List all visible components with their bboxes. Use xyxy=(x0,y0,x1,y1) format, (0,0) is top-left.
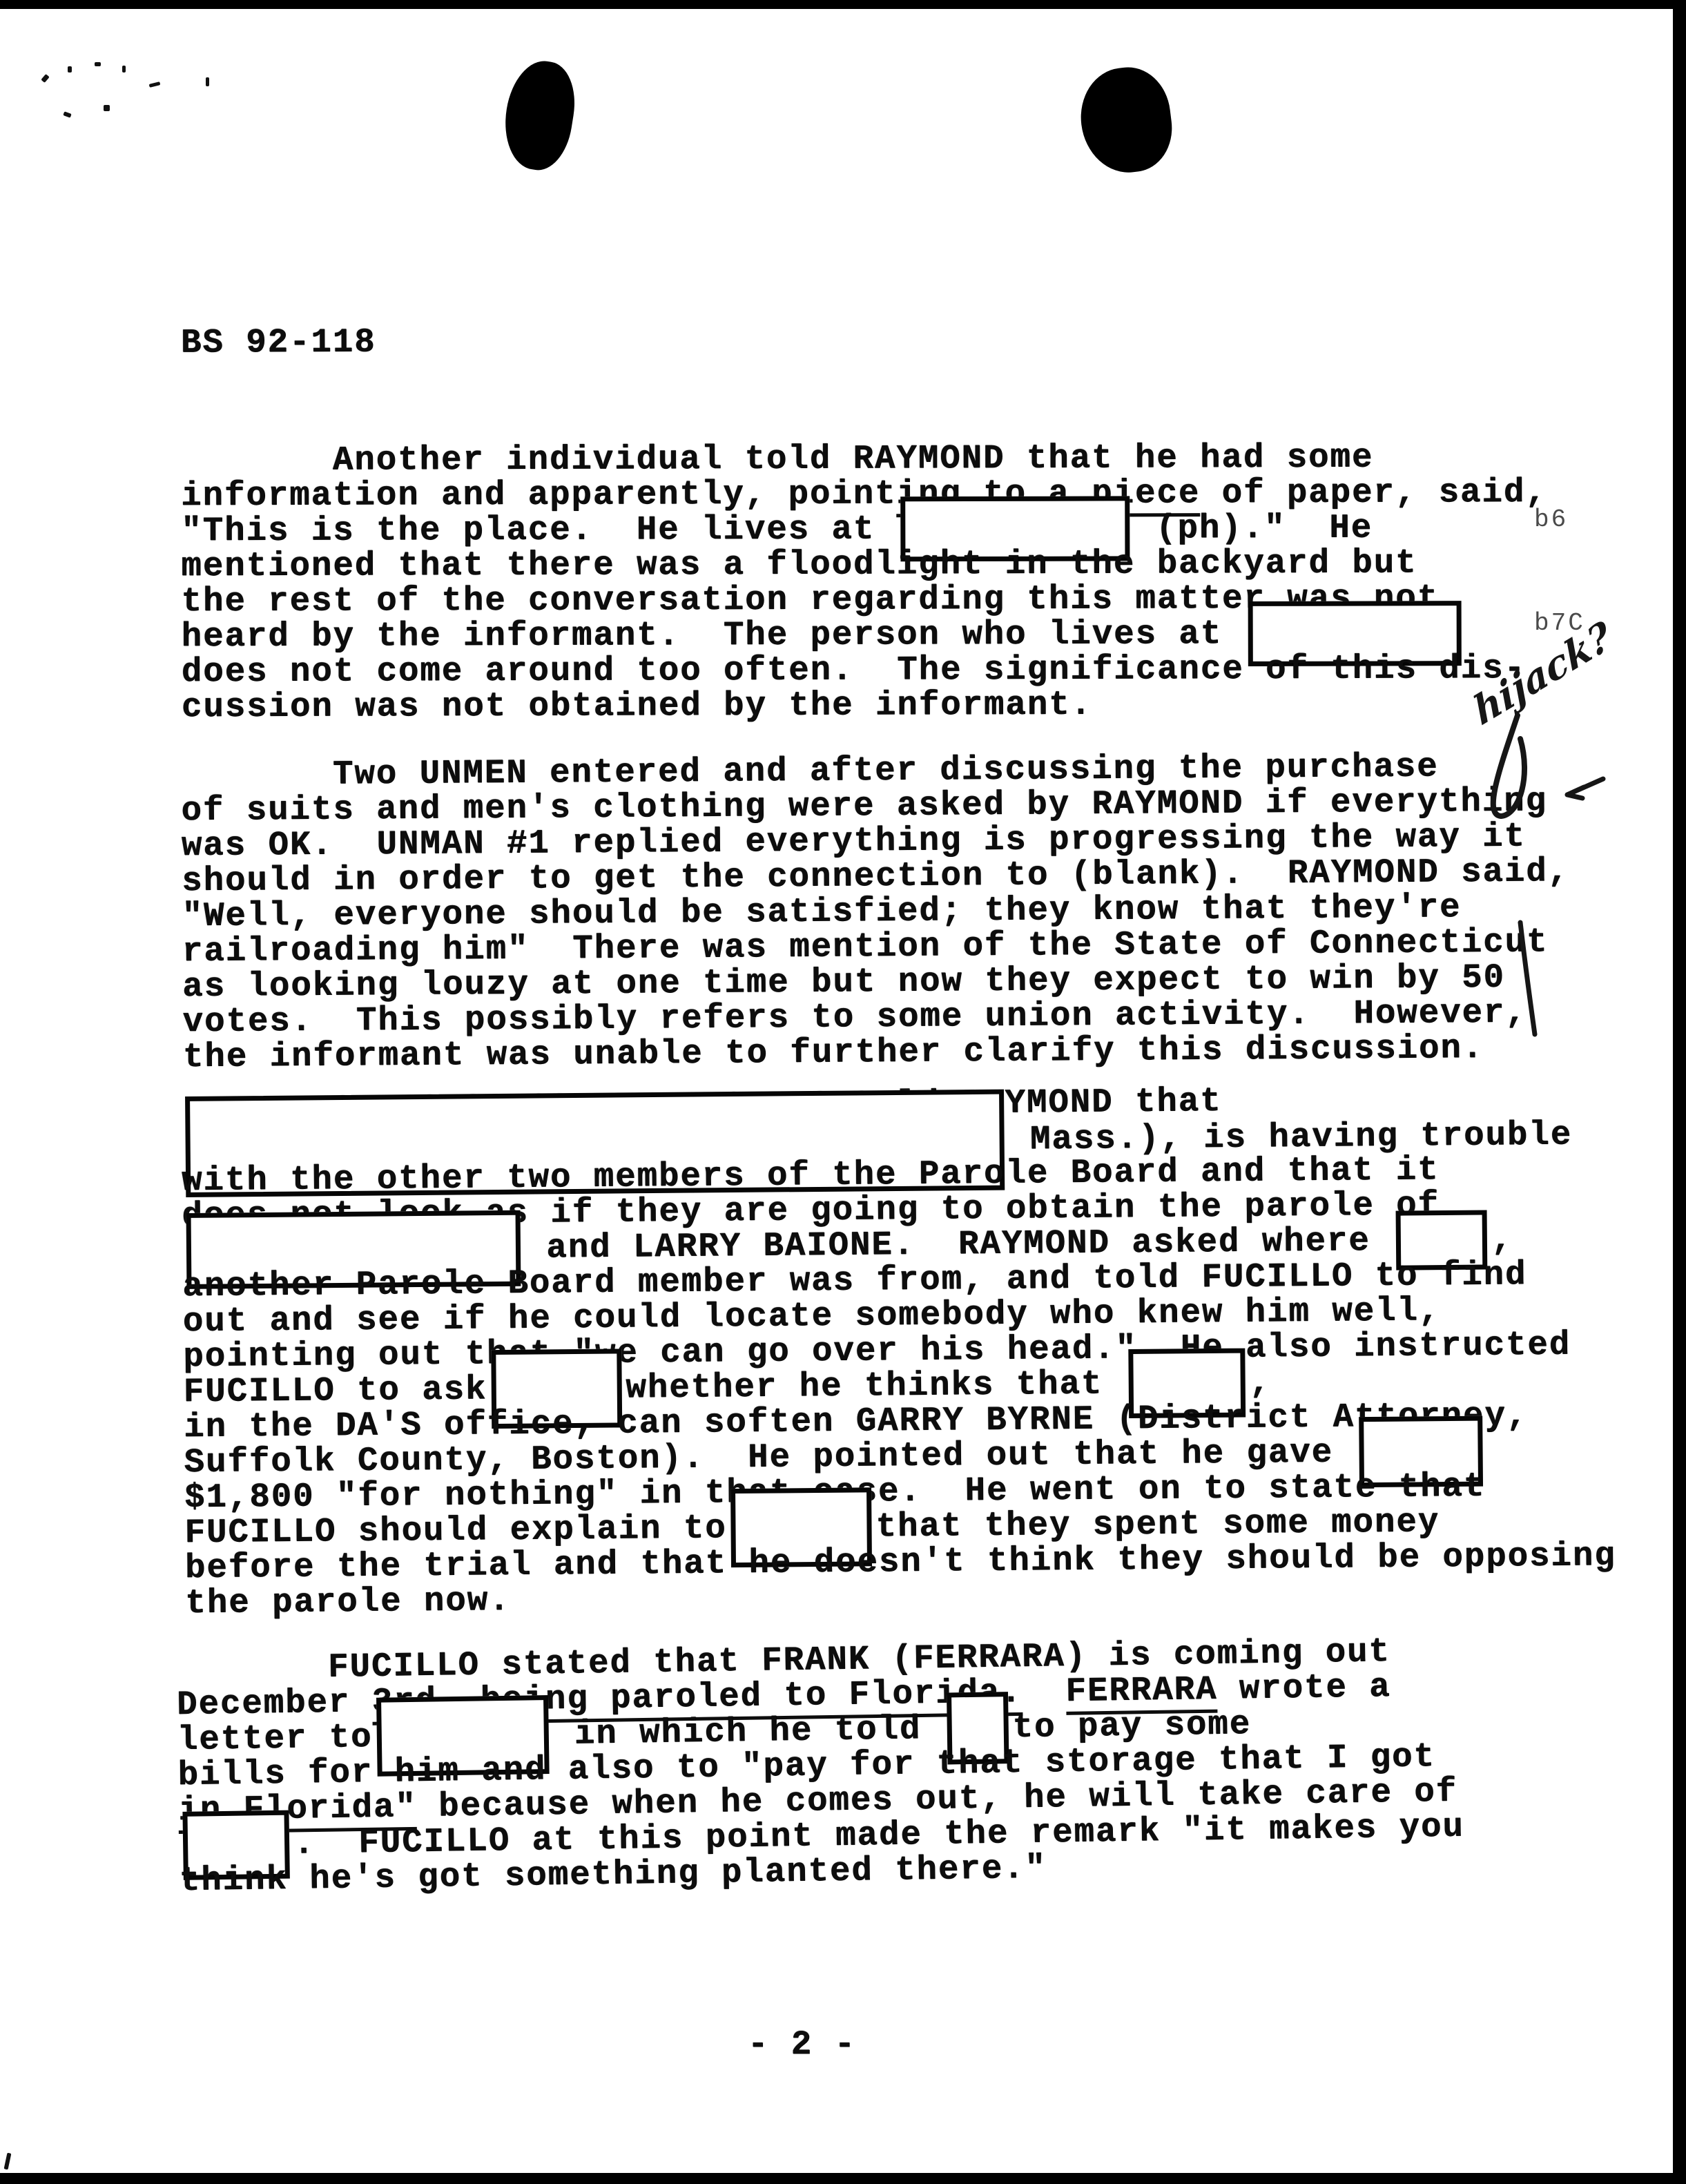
pen-arrow-icon xyxy=(1567,779,1603,798)
scan-edge-bottom xyxy=(0,2173,1686,2184)
typed-text xyxy=(1022,1672,1066,1712)
toner-speck xyxy=(41,74,49,83)
typed-line: does not come around too often. The sign… xyxy=(182,651,1548,690)
typed-line: "This is the place. He lives at (ph)." H… xyxy=(181,510,1547,549)
typed-line: heard by the informant. The person who l… xyxy=(182,616,1548,655)
typed-line: the informant was unable to further clar… xyxy=(183,1030,1571,1075)
page-number: - 2 - xyxy=(748,2025,856,2064)
paragraph-1: Another individual told RAYMOND that he … xyxy=(181,440,1548,725)
toner-speck xyxy=(63,111,71,117)
scan-edge-top xyxy=(0,0,1686,9)
hole-punch-left xyxy=(498,56,581,174)
typed-line: information and apparently, pointing to … xyxy=(181,475,1547,514)
toner-speck xyxy=(206,77,209,86)
typed-text: of paper, said, xyxy=(1200,473,1547,512)
case-number-text: BS 92-118 xyxy=(181,323,376,363)
case-number: BS 92-118 xyxy=(181,323,376,363)
hole-punch-right xyxy=(1075,63,1177,178)
typed-line: Another individual told RAYMOND that he … xyxy=(181,440,1547,479)
pen-stroke-margin xyxy=(1520,922,1535,1034)
typed-text: cussion was not obtained by the informan… xyxy=(182,686,1092,726)
typed-line: cussion was not obtained by the informan… xyxy=(182,686,1548,725)
toner-speck xyxy=(95,62,101,66)
toner-speck xyxy=(4,2153,12,2170)
scan-edge-right xyxy=(1673,0,1686,2184)
paragraph-2: Two UNMEN entered and after discussing t… xyxy=(181,748,1571,1075)
typed-text: "This is the place. He lives at xyxy=(181,510,897,550)
typed-text: (ph)." He xyxy=(1134,508,1373,548)
typed-text: , xyxy=(1249,1363,1271,1402)
pen-loop xyxy=(1493,715,1524,816)
paragraph-3: On 10-31-62 TED FUCILLO told RAYMOND tha… xyxy=(181,1081,1616,1621)
typed-text: information and apparently, point xyxy=(181,474,897,515)
toner-speck xyxy=(149,81,161,88)
typed-text: the informant was unable to further clar… xyxy=(183,1029,1484,1076)
toner-speck xyxy=(122,66,126,73)
typed-text: the parole now. xyxy=(185,1581,511,1623)
typed-text: , xyxy=(1491,1220,1513,1259)
typed-text: does not come around too often. The sign… xyxy=(182,649,1526,691)
paragraph-4: FUCILLO stated that FRANK (FERRARA) is c… xyxy=(176,1633,1465,1899)
typed-line: mentioned that there was a floodlight in… xyxy=(181,545,1547,584)
scanned-document-page: BS 92-118 b6 b7C Another individual told… xyxy=(0,0,1686,2184)
typed-text: wrote a xyxy=(1217,1668,1391,1709)
toner-speck xyxy=(68,66,72,73)
handwritten-marks xyxy=(1436,634,1686,1062)
toner-speck xyxy=(104,105,110,111)
